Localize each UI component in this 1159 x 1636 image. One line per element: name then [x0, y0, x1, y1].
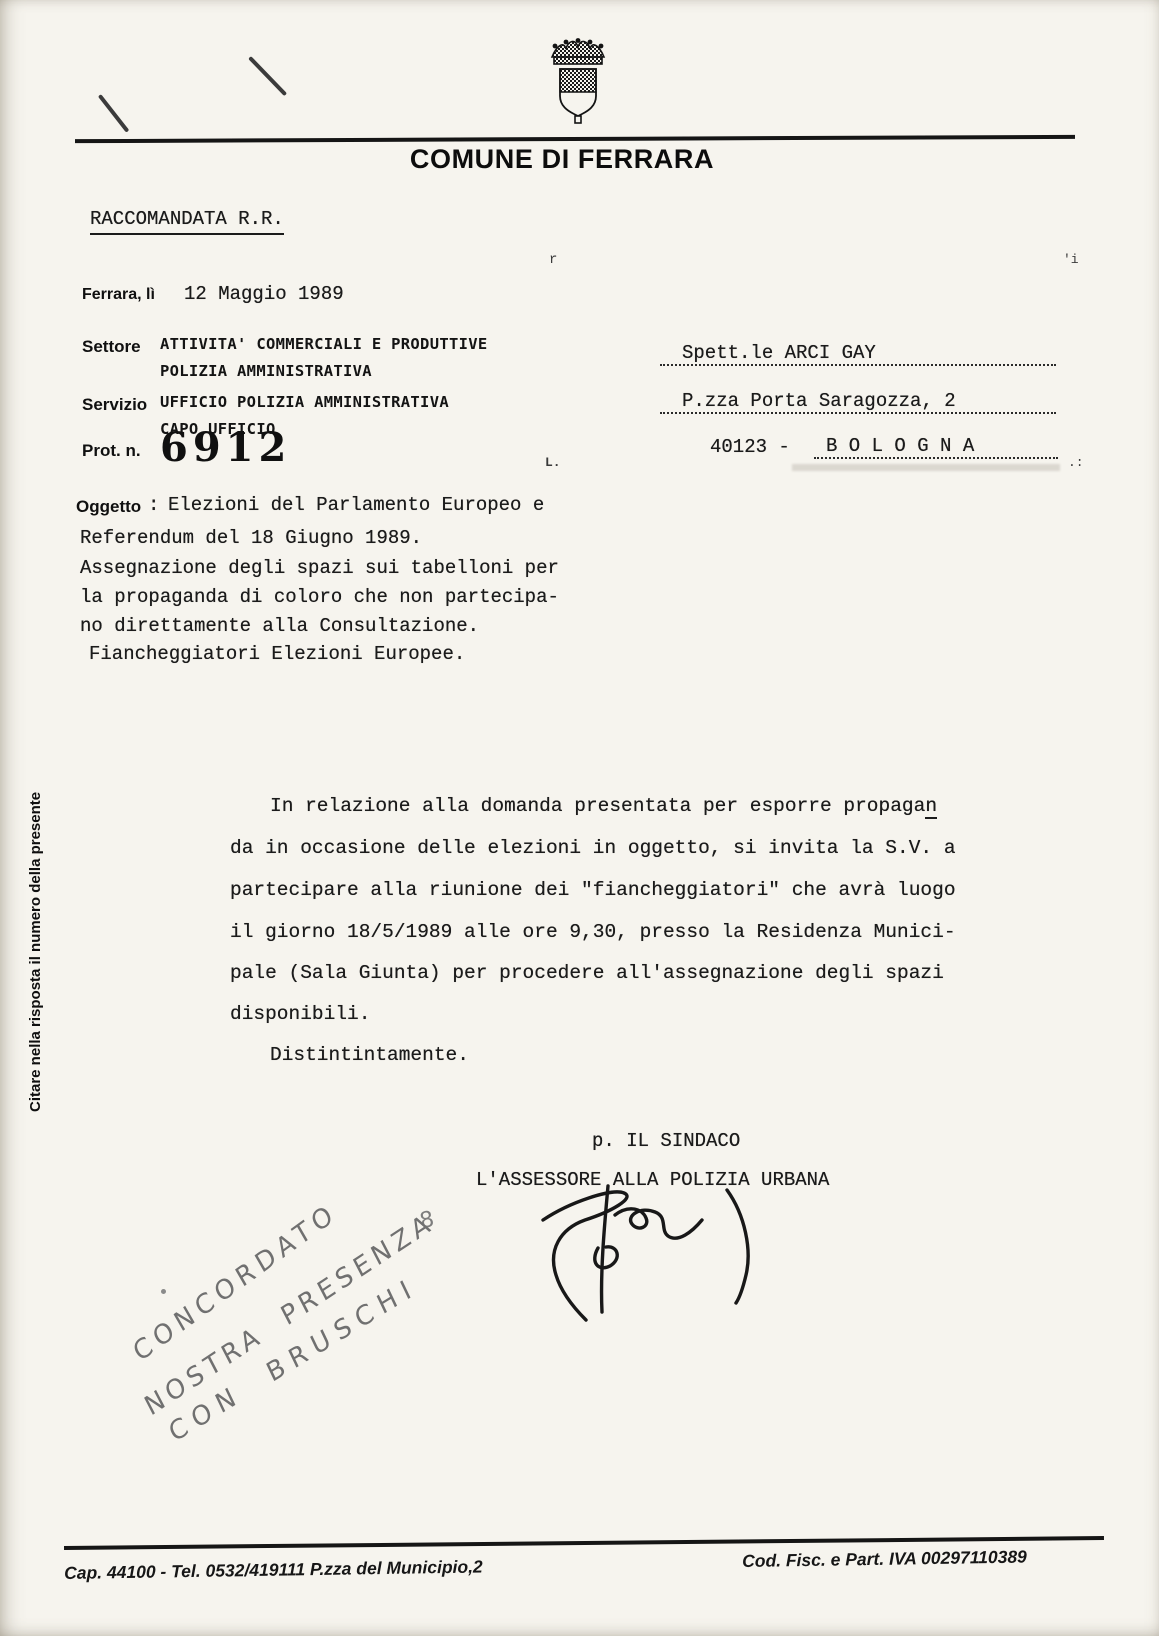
- footer-address: Cap. 44100 - Tel. 0532/419111 P.zza del …: [64, 1556, 483, 1584]
- recipient-name-line: Spett.le ARCI GAY: [660, 342, 1056, 366]
- servizio-value-line1: UFFICIO POLIZIA AMMINISTRATIVA: [160, 393, 449, 411]
- settore-value-line1: ATTIVITA' COMMERCIALI E PRODUTTIVE: [160, 335, 487, 353]
- subject-line: no direttamente alla Consultazione.: [80, 615, 479, 637]
- settore-label: Settore: [82, 337, 141, 357]
- subject-line: Elezioni del Parlamento Europeo e: [168, 494, 544, 516]
- protocol-number: 6912: [160, 424, 291, 471]
- subject-separator: :: [148, 494, 159, 516]
- recipient-city-line: B O L O G N A: [814, 435, 1058, 459]
- body-line: In relazione alla domanda presentata per…: [270, 795, 937, 817]
- settore-value-line2: POLIZIA AMMINISTRATIVA: [160, 362, 372, 380]
- body-line: disponibili.: [230, 1003, 370, 1025]
- artifact-mark: L.: [545, 455, 561, 470]
- artifact-mark: .:: [1068, 455, 1084, 470]
- body-line: pale (Sala Giunta) per procedere all'ass…: [230, 962, 944, 984]
- artifact-mark: 'i: [1063, 252, 1079, 267]
- scanned-letter-page: COMUNE DI FERRARA RACCOMANDATA R.R. Ferr…: [0, 0, 1159, 1636]
- pen-stroke-mark: [248, 56, 287, 96]
- place-date-label: Ferrara, lì: [82, 286, 155, 304]
- subject-line: Assegnazione degli spazi sui tabelloni p…: [80, 557, 559, 579]
- subject-line: Fiancheggiatori Elezioni Europee.: [89, 643, 465, 665]
- sidebar-note: Citare nella risposta il numero della pr…: [27, 712, 44, 1112]
- header-rule: [75, 135, 1075, 143]
- closing-line: Distintintamente.: [270, 1044, 469, 1066]
- subject-label: Oggetto: [76, 497, 141, 517]
- recipient-street: P.zza Porta Saragozza, 2: [682, 390, 956, 412]
- subject-line: Referendum del 18 Giugno 1989.: [80, 527, 422, 549]
- comune-crest-icon: [547, 38, 609, 130]
- body-text: In relazione alla domanda presentata per…: [270, 795, 925, 817]
- registered-mail-label: RACCOMANDATA R.R.: [90, 208, 284, 235]
- handwritten-signature: [520, 1140, 780, 1325]
- recipient-name: Spett.le ARCI GAY: [682, 342, 876, 364]
- page-title: COMUNE DI FERRARA: [402, 144, 722, 175]
- body-line: partecipare alla riunione dei "fianchegg…: [230, 879, 956, 901]
- subject-line: la propaganda di coloro che non partecip…: [80, 586, 559, 608]
- recipient-postal-code: 40123 -: [710, 436, 790, 458]
- artifact-mark: r: [549, 252, 557, 268]
- body-line: il giorno 18/5/1989 alle ore 9,30, press…: [230, 921, 956, 943]
- recipient-city: B O L O G N A: [826, 435, 974, 457]
- pencil-dot: [161, 1289, 166, 1294]
- scan-smudge: [792, 464, 1060, 471]
- letter-date: 12 Maggio 1989: [184, 283, 344, 305]
- pen-stroke-mark: [98, 94, 129, 133]
- protocol-label: Prot. n.: [82, 441, 141, 461]
- footer-fiscal-code: Cod. Fisc. e Part. IVA 00297110389: [742, 1547, 1027, 1572]
- body-text-underlined: n: [925, 795, 937, 819]
- servizio-label: Servizio: [82, 395, 147, 415]
- recipient-street-line: P.zza Porta Saragozza, 2: [660, 390, 1056, 414]
- body-line: da in occasione delle elezioni in oggett…: [230, 837, 956, 859]
